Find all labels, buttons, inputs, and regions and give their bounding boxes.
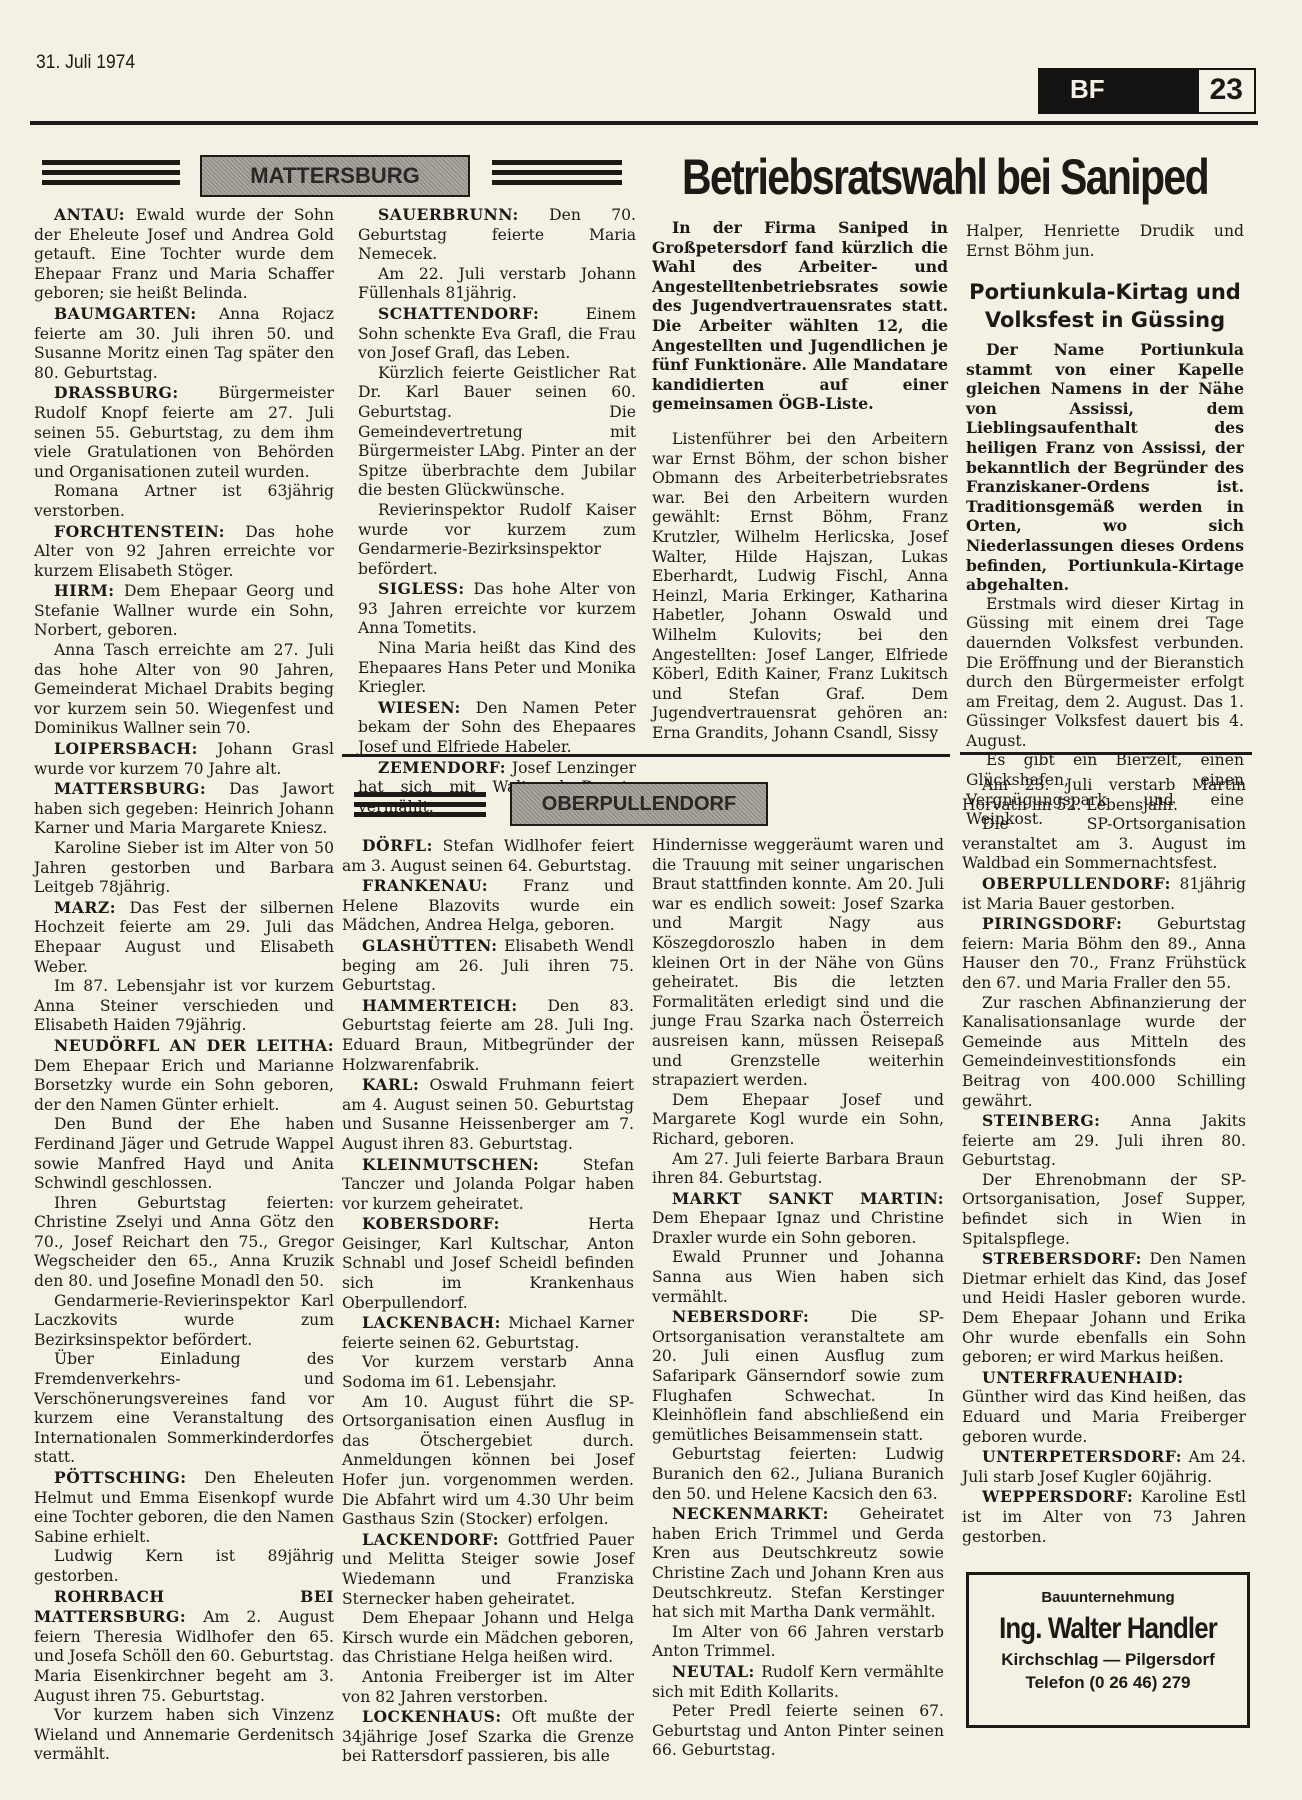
saniped-lead: In der Firma Saniped in Großpetersdorf f… bbox=[652, 218, 948, 414]
place-name: SAUERBRUNN: bbox=[378, 205, 519, 224]
section-divider bbox=[342, 754, 950, 757]
news-text: Vor kurzem haben sich Vinzenz Wieland un… bbox=[34, 1706, 334, 1763]
news-item: LOIPERSBACH: Johann Grasl wurde vor kurz… bbox=[34, 739, 334, 779]
place-name: ZEMENDORF: bbox=[378, 758, 506, 777]
news-text: Revierinspektor Rudolf Kaiser wurde vor … bbox=[358, 501, 636, 578]
place-name: LOIPERSBACH: bbox=[54, 739, 198, 758]
news-item: Dem Ehepaar Josef und Margarete Kogl wur… bbox=[652, 1091, 944, 1150]
portiunkula-body: Der Name Portiunkula stammt von einer Ka… bbox=[966, 340, 1244, 830]
news-item: NEUTAL: Rudolf Kern vermählte sich mit E… bbox=[652, 1662, 944, 1702]
news-item: Ludwig Kern ist 89jährig gestorben. bbox=[34, 1547, 334, 1586]
place-name: PÖTTSCHING: bbox=[54, 1468, 187, 1487]
news-text: Hindernisse weggeräumt waren und die Tra… bbox=[652, 836, 944, 1089]
news-item: WIESEN: Den Namen Peter bekam der Sohn d… bbox=[358, 698, 636, 758]
ad-locations: Kirchschlag — Pilgersdorf bbox=[969, 1650, 1247, 1670]
news-item: KARL: Oswald Fruhmann feiert am 4. Augus… bbox=[342, 1075, 634, 1154]
news-item: PIRINGSDORF: Geburtstag feiern: Maria Bö… bbox=[962, 914, 1246, 993]
news-item: Kürzlich feierte Geistlicher Rat Dr. Kar… bbox=[358, 364, 636, 501]
place-name: MATTERSBURG: bbox=[54, 779, 206, 798]
news-item: PÖTTSCHING: Den Eheleuten Helmut und Emm… bbox=[34, 1468, 334, 1547]
news-item: SCHATTENDORF: Einem Sohn schenkte Eva Gr… bbox=[358, 304, 636, 364]
news-text: Nina Maria heißt das Kind des Ehepaares … bbox=[358, 639, 636, 696]
place-name: HAMMERTEICH: bbox=[362, 996, 518, 1015]
oberpullendorf-column-2: Hindernisse weggeräumt waren und die Tra… bbox=[652, 836, 944, 1761]
place-name: HIRM: bbox=[54, 581, 115, 600]
decorative-bars-icon bbox=[492, 160, 622, 185]
ad-company-name: Ing. Walter Handler bbox=[988, 1612, 1227, 1646]
place-name: DRASSBURG: bbox=[54, 383, 179, 402]
news-text: Geburtstag feierten: Ludwig Buranich den… bbox=[652, 1445, 944, 1502]
news-item: UNTERPETERSDORF: Am 24. Juli starb Josef… bbox=[962, 1447, 1246, 1487]
place-name: NEBERSDORF: bbox=[672, 1307, 809, 1326]
news-item: Am 22. Juli verstarb Johann Füllenhals 8… bbox=[358, 265, 636, 304]
news-item: HAMMERTEICH: Den 83. Geburtstag feierte … bbox=[342, 996, 634, 1075]
place-name: LACKENDORF: bbox=[362, 1530, 499, 1549]
news-item: Antonia Freiberger ist im Alter von 82 J… bbox=[342, 1668, 634, 1707]
news-text: Ludwig Kern ist 89jährig gestorben. bbox=[34, 1547, 334, 1585]
news-text: Die SP-Ortsorganisation veranstaltet am … bbox=[962, 815, 1246, 872]
news-item: Den Bund der Ehe haben Ferdinand Jäger u… bbox=[34, 1115, 334, 1193]
news-text: Dem Ehepaar Erich und Marianne Borsetzky… bbox=[34, 1057, 334, 1114]
mattersburg-column-2: SAUERBRUNN: Den 70. Geburtstag feierte M… bbox=[358, 205, 636, 817]
place-name: SCHATTENDORF: bbox=[378, 304, 539, 323]
news-item: STREBERSDORF: Den Namen Dietmar erhielt … bbox=[962, 1249, 1246, 1368]
place-name: UNTERFRAUENHAID: bbox=[982, 1368, 1184, 1387]
news-item: UNTERFRAUENHAID: Günther wird das Kind h… bbox=[962, 1368, 1246, 1447]
news-item: LOCKENHAUS: Oft mußte der 34jährige Jose… bbox=[342, 1707, 634, 1767]
place-name: MARZ: bbox=[54, 898, 116, 917]
news-item: Am 10. August führt die SP-Ortsorganisat… bbox=[342, 1393, 634, 1530]
news-text: Am 23. Juli verstarb Martin Horvath im 5… bbox=[962, 776, 1246, 814]
section-title: OBERPULLENDORF bbox=[542, 793, 736, 816]
news-text: Kürzlich feierte Geistlicher Rat Dr. Kar… bbox=[358, 364, 636, 500]
news-text: Peter Predl feierte seinen 67. Geburtsta… bbox=[652, 1702, 944, 1759]
place-name: MARKT SANKT MARTIN: bbox=[672, 1189, 944, 1208]
news-item: MARZ: Das Fest der silbernen Hochzeit fe… bbox=[34, 898, 334, 977]
section-title: MATTERSBURG bbox=[250, 163, 419, 189]
news-item: Im Alter von 66 Jahren verstarb Anton Tr… bbox=[652, 1623, 944, 1662]
news-item: DRASSBURG: Bürgermeister Rudolf Knopf fe… bbox=[34, 383, 334, 482]
news-item: NEBERSDORF: Die SP-Ortsorganisation vera… bbox=[652, 1307, 944, 1445]
place-name: LACKENBACH: bbox=[362, 1313, 501, 1332]
news-item: Die SP-Ortsorganisation veranstaltet am … bbox=[962, 815, 1246, 874]
news-text: Anna Tasch erreichte am 27. Juli das hoh… bbox=[34, 641, 334, 737]
news-text: Dem Ehepaar Josef und Margarete Kogl wur… bbox=[652, 1091, 944, 1148]
decorative-bars-icon bbox=[354, 792, 486, 817]
section-header-oberpullendorf: OBERPULLENDORF bbox=[510, 782, 768, 826]
place-name: NECKENMARKT: bbox=[672, 1504, 829, 1523]
news-item: Zur raschen Abfinanzierung der Kanalisat… bbox=[962, 994, 1246, 1112]
mattersburg-column-1: ANTAU: Ewald wurde der Sohn der Eheleute… bbox=[34, 205, 334, 1765]
section-divider bbox=[960, 752, 1252, 755]
news-item: STEINBERG: Anna Jakits feierte am 29. Ju… bbox=[962, 1111, 1246, 1171]
body-paragraph: Listenführer bei den Arbeitern war Ernst… bbox=[652, 430, 948, 744]
news-item: LACKENDORF: Gottfried Pauer und Melitta … bbox=[342, 1530, 634, 1609]
place-name: SIGLESS: bbox=[378, 579, 465, 598]
news-text: Im Alter von 66 Jahren verstarb Anton Tr… bbox=[652, 1623, 944, 1661]
body-continued-paragraph: Halper, Henriette Drudik und Ernst Böhm … bbox=[966, 222, 1244, 261]
advertisement-box: Bauunternehmung Ing. Walter Handler Kirc… bbox=[966, 1572, 1250, 1728]
news-item: NEUDÖRFL AN DER LEITHA: Dem Ehepaar Eric… bbox=[34, 1036, 334, 1115]
news-item: KOBERSDORF: Herta Geisinger, Karl Kultsc… bbox=[342, 1214, 634, 1313]
news-item: Über Einladung des Fremdenverkehrs- und … bbox=[34, 1350, 334, 1468]
news-item: Gendarmerie-Revierinspektor Karl Laczkov… bbox=[34, 1292, 334, 1351]
lead-paragraph: In der Firma Saniped in Großpetersdorf f… bbox=[652, 218, 948, 414]
news-item: ANTAU: Ewald wurde der Sohn der Eheleute… bbox=[34, 205, 334, 304]
news-text: Vor kurzem verstarb Anna Sodoma im 61. L… bbox=[342, 1353, 634, 1391]
news-text: Am 22. Juli verstarb Johann Füllenhals 8… bbox=[358, 265, 636, 303]
news-text: Am 27. Juli feierte Barbara Braun ihren … bbox=[652, 1150, 944, 1188]
news-text: Am 10. August führt die SP-Ortsorganisat… bbox=[342, 1393, 634, 1529]
news-text: Günther wird das Kind heißen, das Eduard… bbox=[962, 1388, 1246, 1445]
news-text: Zur raschen Abfinanzierung der Kanalisat… bbox=[962, 994, 1246, 1110]
place-name: WIESEN: bbox=[378, 698, 461, 717]
news-item: Am 23. Juli verstarb Martin Horvath im 5… bbox=[962, 776, 1246, 815]
news-item: Der Ehrenobmann der SP-Ortsorganisation,… bbox=[962, 1171, 1246, 1249]
issue-date: 31. Juli 1974 bbox=[36, 52, 135, 74]
news-text: Über Einladung des Fremdenverkehrs- und … bbox=[34, 1350, 334, 1466]
headline-line-1: Portiunkula-Kirtag und bbox=[962, 278, 1248, 306]
place-name: NEUDÖRFL AN DER LEITHA: bbox=[54, 1036, 334, 1055]
place-name: OBERPULLENDORF: bbox=[982, 874, 1171, 893]
publication-abbrev: BF bbox=[1040, 70, 1199, 112]
news-item: Geburtstag feierten: Ludwig Buranich den… bbox=[652, 1445, 944, 1504]
saniped-body-continued: Halper, Henriette Drudik und Ernst Böhm … bbox=[966, 222, 1244, 261]
section-header-mattersburg: MATTERSBURG bbox=[200, 155, 470, 197]
oberpullendorf-column-3: Am 23. Juli verstarb Martin Horvath im 5… bbox=[962, 776, 1246, 1547]
news-text: Ihren Geburtstag feierten: Christine Zse… bbox=[34, 1194, 334, 1290]
lead-paragraph: Der Name Portiunkula stammt von einer Ka… bbox=[966, 340, 1244, 595]
news-item: SIGLESS: Das hohe Alter von 93 Jahren er… bbox=[358, 579, 636, 639]
place-name: UNTERPETERSDORF: bbox=[982, 1447, 1182, 1466]
news-text: Den Bund der Ehe haben Ferdinand Jäger u… bbox=[34, 1115, 334, 1192]
body-paragraph: Erstmals wird dieser Kirtag in Güssing m… bbox=[966, 595, 1244, 752]
news-text: Karoline Sieber ist im Alter von 50 Jahr… bbox=[34, 839, 334, 896]
place-name: FRANKENAU: bbox=[362, 876, 488, 895]
place-name: KARL: bbox=[362, 1075, 419, 1094]
place-name: PIRINGSDORF: bbox=[982, 914, 1122, 933]
news-text: Antonia Freiberger ist im Alter von 82 J… bbox=[342, 1668, 634, 1706]
news-item: Revierinspektor Rudolf Kaiser wurde vor … bbox=[358, 501, 636, 579]
news-item: GLASHÜTTEN: Elisabeth Wendl beging am 26… bbox=[342, 936, 634, 996]
place-name: FORCHTENSTEIN: bbox=[54, 522, 225, 541]
news-item: Anna Tasch erreichte am 27. Juli das hoh… bbox=[34, 641, 334, 739]
news-item: Peter Predl feierte seinen 67. Geburtsta… bbox=[652, 1702, 944, 1761]
place-name: STEINBERG: bbox=[982, 1111, 1100, 1130]
news-item: MATTERSBURG: Das Jawort haben sich gegeb… bbox=[34, 779, 334, 839]
page-number: 23 bbox=[1199, 70, 1254, 112]
decorative-bars-icon bbox=[42, 160, 180, 185]
place-name: ANTAU: bbox=[54, 205, 125, 224]
news-text: Die SP-Ortsorganisation veranstaltete am… bbox=[652, 1308, 944, 1444]
place-name: DÖRFL: bbox=[362, 836, 433, 855]
page-marker: BF 23 bbox=[1038, 68, 1256, 114]
headline-line-2: Volksfest in Güssing bbox=[962, 306, 1248, 334]
masthead-rule bbox=[30, 121, 1258, 125]
news-item: OBERPULLENDORF: 81jährig ist Maria Bauer… bbox=[962, 874, 1246, 914]
news-item: KLEINMUTSCHEN: Stefan Tanczer und Joland… bbox=[342, 1155, 634, 1215]
news-item: FRANKENAU: Franz und Helene Blazovits wu… bbox=[342, 876, 634, 936]
ad-telephone: Telefon (0 26 46) 279 bbox=[969, 1673, 1247, 1693]
place-name: WEPPERSDORF: bbox=[982, 1487, 1133, 1506]
news-item: HIRM: Dem Ehepaar Georg und Stefanie Wal… bbox=[34, 581, 334, 641]
news-item: Hindernisse weggeräumt waren und die Tra… bbox=[652, 836, 944, 1091]
article-headline-portiunkula: Portiunkula-Kirtag und Volksfest in Güss… bbox=[962, 278, 1248, 334]
place-name: LOCKENHAUS: bbox=[362, 1707, 502, 1726]
news-item: BAUMGARTEN: Anna Rojacz feierte am 30. J… bbox=[34, 304, 334, 383]
news-item: Ewald Prunner und Johanna Sanna aus Wien… bbox=[652, 1248, 944, 1307]
news-item: SAUERBRUNN: Den 70. Geburtstag feierte M… bbox=[358, 205, 636, 265]
news-text: Dem Ehepaar Ignaz und Christine Draxler … bbox=[652, 1209, 944, 1247]
news-item: Vor kurzem haben sich Vinzenz Wieland un… bbox=[34, 1706, 334, 1765]
news-text: Romana Artner ist 63jährig verstorben. bbox=[34, 482, 334, 520]
news-text: Im 87. Lebensjahr ist vor kurzem Anna St… bbox=[34, 977, 334, 1034]
news-item: WEPPERSDORF: Karoline Estl ist im Alter … bbox=[962, 1487, 1246, 1547]
saniped-body: Listenführer bei den Arbeitern war Ernst… bbox=[652, 430, 948, 744]
place-name: NEUTAL: bbox=[672, 1662, 755, 1681]
article-headline-saniped: Betriebsratswahl bei Saniped bbox=[682, 148, 1208, 206]
place-name: BAUMGARTEN: bbox=[54, 304, 197, 323]
news-item: NECKENMARKT: Geheiratet haben Erich Trim… bbox=[652, 1504, 944, 1623]
place-name: GLASHÜTTEN: bbox=[362, 936, 497, 955]
ad-category: Bauunternehmung bbox=[969, 1589, 1247, 1606]
news-text: Ewald Prunner und Johanna Sanna aus Wien… bbox=[652, 1248, 944, 1305]
news-item: Romana Artner ist 63jährig verstorben. bbox=[34, 482, 334, 521]
news-item: Ihren Geburtstag feierten: Christine Zse… bbox=[34, 1194, 334, 1292]
news-text: Der Ehrenobmann der SP-Ortsorganisation,… bbox=[962, 1171, 1246, 1248]
news-item: Vor kurzem verstarb Anna Sodoma im 61. L… bbox=[342, 1353, 634, 1392]
news-item: DÖRFL: Stefan Widlhofer feiert am 3. Aug… bbox=[342, 836, 634, 876]
news-item: FORCHTENSTEIN: Das hohe Alter von 92 Jah… bbox=[34, 522, 334, 582]
place-name: KLEINMUTSCHEN: bbox=[362, 1155, 539, 1174]
oberpullendorf-column-1: DÖRFL: Stefan Widlhofer feiert am 3. Aug… bbox=[342, 836, 634, 1767]
news-item: Nina Maria heißt das Kind des Ehepaares … bbox=[358, 639, 636, 698]
place-name: STREBERSDORF: bbox=[982, 1249, 1142, 1268]
news-text: Gendarmerie-Revierinspektor Karl Laczkov… bbox=[34, 1292, 334, 1349]
news-item: Am 27. Juli feierte Barbara Braun ihren … bbox=[652, 1150, 944, 1189]
news-item: Dem Ehepaar Johann und Helga Kirsch wurd… bbox=[342, 1609, 634, 1668]
news-item: MARKT SANKT MARTIN: Dem Ehepaar Ignaz un… bbox=[652, 1189, 944, 1249]
place-name: KOBERSDORF: bbox=[362, 1214, 500, 1233]
news-text: Dem Ehepaar Johann und Helga Kirsch wurd… bbox=[342, 1609, 634, 1666]
news-item: Karoline Sieber ist im Alter von 50 Jahr… bbox=[34, 839, 334, 898]
news-item: ROHRBACH BEI MATTERSBURG: Am 2. August f… bbox=[34, 1587, 334, 1707]
news-item: Im 87. Lebensjahr ist vor kurzem Anna St… bbox=[34, 977, 334, 1036]
news-item: LACKENBACH: Michael Karner feierte seine… bbox=[342, 1313, 634, 1353]
